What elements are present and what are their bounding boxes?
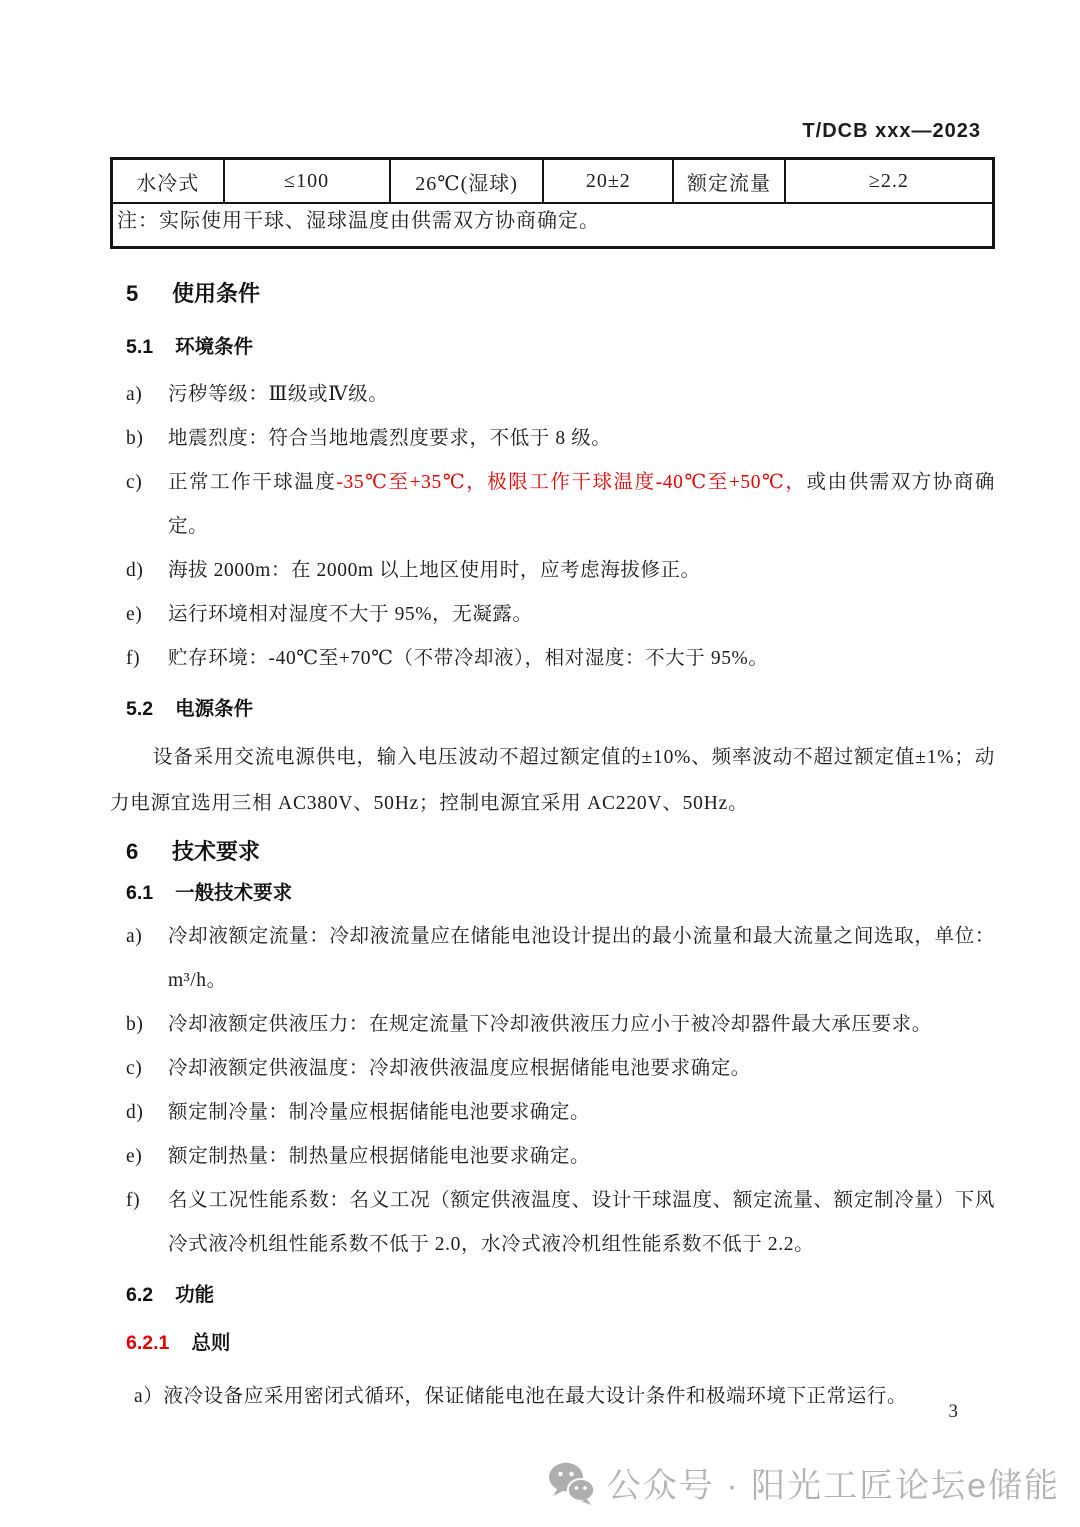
list-item: b) 冷却液额定供液压力：在规定流量下冷却液供液压力应小于被冷却器件最大承压要求…	[110, 1003, 995, 1047]
list-item-text: 额定制冷量：制冷量应根据储能电池要求确定。	[168, 1091, 995, 1135]
list-item: a) 污秽等级：Ⅲ级或Ⅳ级。	[110, 373, 995, 417]
list-item: f) 名义工况性能系数：名义工况（额定供液温度、设计干球温度、额定流量、额定制冷…	[110, 1179, 995, 1267]
heading-title: 一般技术要求	[175, 879, 292, 907]
list-item-marker: d)	[126, 549, 168, 593]
list-item: f) 贮存环境：-40℃至+70℃（不带冷却液），相对湿度：不大于 95%。	[110, 637, 995, 681]
list-item-marker: f)	[126, 637, 168, 681]
table-cell-temp: 20±2	[543, 159, 673, 204]
list-item: d) 海拔 2000m：在 2000m 以上地区使用时，应考虑海拔修正。	[110, 549, 995, 593]
heading-section-6: 6 技术要求	[110, 837, 995, 867]
heading-section-6-1: 6.1 一般技术要求	[110, 879, 995, 907]
list-item-text: 额定制热量：制热量应根据储能电池要求确定。	[168, 1135, 995, 1179]
list-section-5-1: a) 污秽等级：Ⅲ级或Ⅳ级。 b) 地震烈度：符合当地地震烈度要求，不低于 8 …	[110, 373, 995, 681]
heading-section-6-2: 6.2 功能	[110, 1281, 995, 1309]
table-cell-flow: 额定流量	[673, 159, 785, 204]
spec-table: 水冷式 ≤100 26℃(湿球) 20±2 额定流量 ≥2.2 注：实际使用干球…	[110, 157, 995, 249]
table-note: 注：实际使用干球、湿球温度由供需双方协商确定。	[112, 203, 994, 248]
list-item: a) 冷却液额定流量：冷却液流量应在储能电池设计提出的最小流量和最大流量之间选取…	[110, 915, 995, 1003]
list-item-marker: c)	[126, 1047, 168, 1091]
list-item-text: 正常工作干球温度-35℃至+35℃，极限工作干球温度-40℃至+50℃，或由供需…	[168, 461, 995, 549]
list-section-6-1: a) 冷却液额定流量：冷却液流量应在储能电池设计提出的最小流量和最大流量之间选取…	[110, 915, 995, 1267]
heading-section-5: 5 使用条件	[110, 279, 995, 309]
table-cell-type: 水冷式	[112, 159, 224, 204]
heading-number-red: 6.2.1	[126, 1329, 169, 1357]
table-cell-wetbulb: 26℃(湿球)	[390, 159, 544, 204]
heading-section-5-2: 5.2 电源条件	[110, 695, 995, 723]
heading-title: 功能	[175, 1281, 214, 1309]
list-item-text: 冷却液额定供液压力：在规定流量下冷却液供液压力应小于被冷却器件最大承压要求。	[168, 1003, 995, 1047]
list-item-text: 污秽等级：Ⅲ级或Ⅳ级。	[168, 373, 995, 417]
heading-title: 总则	[191, 1329, 230, 1357]
list-item: d) 额定制冷量：制冷量应根据储能电池要求确定。	[110, 1091, 995, 1135]
list-item-marker: d)	[126, 1091, 168, 1135]
heading-title: 使用条件	[172, 279, 260, 309]
heading-title: 电源条件	[175, 695, 253, 723]
highlighted-text-red: -35℃至+35℃，极限工作干球温度-40℃至+50℃，	[336, 472, 806, 493]
wechat-icon	[547, 1461, 595, 1505]
table-row: 水冷式 ≤100 26℃(湿球) 20±2 额定流量 ≥2.2	[112, 159, 994, 204]
heading-title: 环境条件	[175, 333, 253, 361]
table-cell-capacity: ≤100	[224, 159, 390, 204]
heading-number: 6.1	[126, 879, 153, 907]
list-item-marker: b)	[126, 417, 168, 461]
list-item-text: 地震烈度：符合当地地震烈度要求，不低于 8 级。	[168, 417, 995, 461]
heading-section-6-2-1: 6.2.1 总则	[110, 1329, 995, 1357]
list-item: e) 额定制热量：制热量应根据储能电池要求确定。	[110, 1135, 995, 1179]
list-item-text: 贮存环境：-40℃至+70℃（不带冷却液），相对湿度：不大于 95%。	[168, 637, 995, 681]
list-item: e) 运行环境相对湿度不大于 95%，无凝露。	[110, 593, 995, 637]
list-item-text: 海拔 2000m：在 2000m 以上地区使用时，应考虑海拔修正。	[168, 549, 995, 593]
watermark: 公众号 · 阳光工匠论坛e储能	[547, 1458, 1060, 1507]
list-item-marker: e)	[126, 1135, 168, 1179]
list-item: c) 冷却液额定供液温度：冷却液供液温度应根据储能电池要求确定。	[110, 1047, 995, 1091]
table-cell-cop: ≥2.2	[785, 159, 994, 204]
list-item-marker: f)	[126, 1179, 168, 1267]
heading-number: 6.2	[126, 1281, 153, 1309]
list-item-marker: a)	[126, 373, 168, 417]
text-segment: 正常工作干球温度	[168, 472, 336, 493]
general-rule-item-a: a）液冷设备应采用密闭式循环，保证储能电池在最大设计条件和极端环境下正常运行。	[110, 1375, 995, 1419]
page-number: 3	[949, 1401, 959, 1423]
page-content: T/DCB xxx—2023 水冷式 ≤100 26℃(湿球) 20±2 额定流…	[110, 118, 995, 1419]
list-item: b) 地震烈度：符合当地地震烈度要求，不低于 8 级。	[110, 417, 995, 461]
list-item-marker: b)	[126, 1003, 168, 1047]
heading-number: 5.2	[126, 695, 153, 723]
heading-section-5-1: 5.1 环境条件	[110, 333, 995, 361]
list-item-marker: a)	[126, 915, 168, 1003]
document-page: T/DCB xxx—2023 水冷式 ≤100 26℃(湿球) 20±2 额定流…	[0, 0, 1080, 1527]
heading-number: 6	[126, 837, 152, 867]
list-item-marker: e)	[126, 593, 168, 637]
watermark-text: 公众号 · 阳光工匠论坛e储能	[607, 1458, 1060, 1507]
list-item-text: 名义工况性能系数：名义工况（额定供液温度、设计干球温度、额定流量、额定制冷量）下…	[168, 1179, 995, 1267]
list-item-text: 冷却液额定供液温度：冷却液供液温度应根据储能电池要求确定。	[168, 1047, 995, 1091]
heading-number: 5.1	[126, 333, 153, 361]
list-item-marker: c)	[126, 461, 168, 549]
power-conditions-paragraph: 设备采用交流电源供电，输入电压波动不超过额定值的±10%、频率波动不超过额定值±…	[110, 735, 995, 827]
doc-code-header: T/DCB xxx—2023	[110, 118, 995, 144]
heading-title: 技术要求	[172, 837, 260, 867]
table-note-row: 注：实际使用干球、湿球温度由供需双方协商确定。	[112, 203, 994, 248]
list-item-text: 运行环境相对湿度不大于 95%，无凝露。	[168, 593, 995, 637]
list-item-text: 冷却液额定流量：冷却液流量应在储能电池设计提出的最小流量和最大流量之间选取，单位…	[168, 915, 995, 1003]
heading-number: 5	[126, 279, 152, 309]
list-item: c) 正常工作干球温度-35℃至+35℃，极限工作干球温度-40℃至+50℃，或…	[110, 461, 995, 549]
